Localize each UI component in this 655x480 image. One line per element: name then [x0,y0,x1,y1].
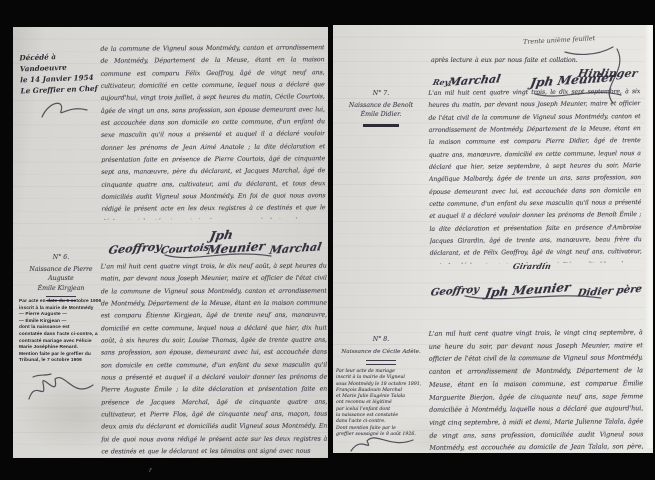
marriage-mention-stamp: Par acte en date du 6 octobre 1906 inscr… [19,299,103,365]
act8-marriage-mention: Par leur acte de mariage inscrit à la ma… [336,369,426,438]
page-edge [645,25,653,448]
act5-continuation-text: de la commune de Vigneul sous Montmédy, … [100,42,325,220]
signature-meunier: Jph Meunier [206,225,273,257]
act7-title: Naissance de Benoît Émile Didier. [349,102,413,119]
signature-marchal-2: Marchal [447,72,501,89]
left-page: Décédé à Vandoeuvre le 14 Janvier 1954 L… [13,27,328,458]
stray-ink-mark: r [149,467,154,471]
signature-marchal: Marchal [268,240,322,257]
signature-rey: Rey [432,77,451,87]
death-annotation: Décédé à Vandoeuvre le 14 Janvier 1954 L… [19,50,100,97]
act6-text: L'an mil huit cent quatre vingt trois, l… [101,261,328,456]
stamp-signature-flourish [25,369,97,409]
signature-didier: Didier père [576,284,642,299]
document-scan: Décédé à Vandoeuvre le 14 Janvier 1954 L… [0,0,655,480]
signature-geoffroy-2: Geoffroy [430,284,480,298]
act7-title-underline [363,124,399,127]
signature-girardin: Girardin [512,261,552,271]
act6-title: Naissance de Pierre Auguste Émile Kirgje… [29,266,92,292]
act8-title-underline [366,360,396,365]
act7-text: L'an mil huit cent quatre vingt trois, l… [428,86,642,264]
death-annotation-signature-flourish [39,97,91,123]
act7-signature-row: Geoffroy Jph Meunier Didier père [431,271,641,297]
folio-note: Trente unième feuillet [523,32,635,46]
signature-geoffroy: Geoffroy [107,240,162,257]
previous-act-signature-row: Marchal Jph Meunier [449,65,615,87]
right-page: Trente unième feuillet après lecture à e… [333,25,653,453]
signature-meunier-3: Jph Meunier [484,280,572,300]
act6-margin-label: N° 6. Naissance de Pierre Auguste Émile … [21,253,101,301]
act7-number: N° 7. [337,89,425,99]
act8-margin-label: N° 8. Naissance de Cécile Adèle. [335,335,427,365]
act8-title: Naissance de Cécile Adèle. [341,349,421,355]
act6-number: N° 6. [21,253,101,263]
act5-signature-row: Geoffroy Courtois Jph Meunier Marchal [109,225,321,255]
act7-margin-label: N° 7. Naissance de Benoît Émile Didier. [337,89,425,127]
act8-text: L'an mil huit cent quatre vingt trois, l… [429,326,644,453]
signature-courtois: Courtois [160,242,211,256]
act8-number: N° 8. [335,335,427,345]
